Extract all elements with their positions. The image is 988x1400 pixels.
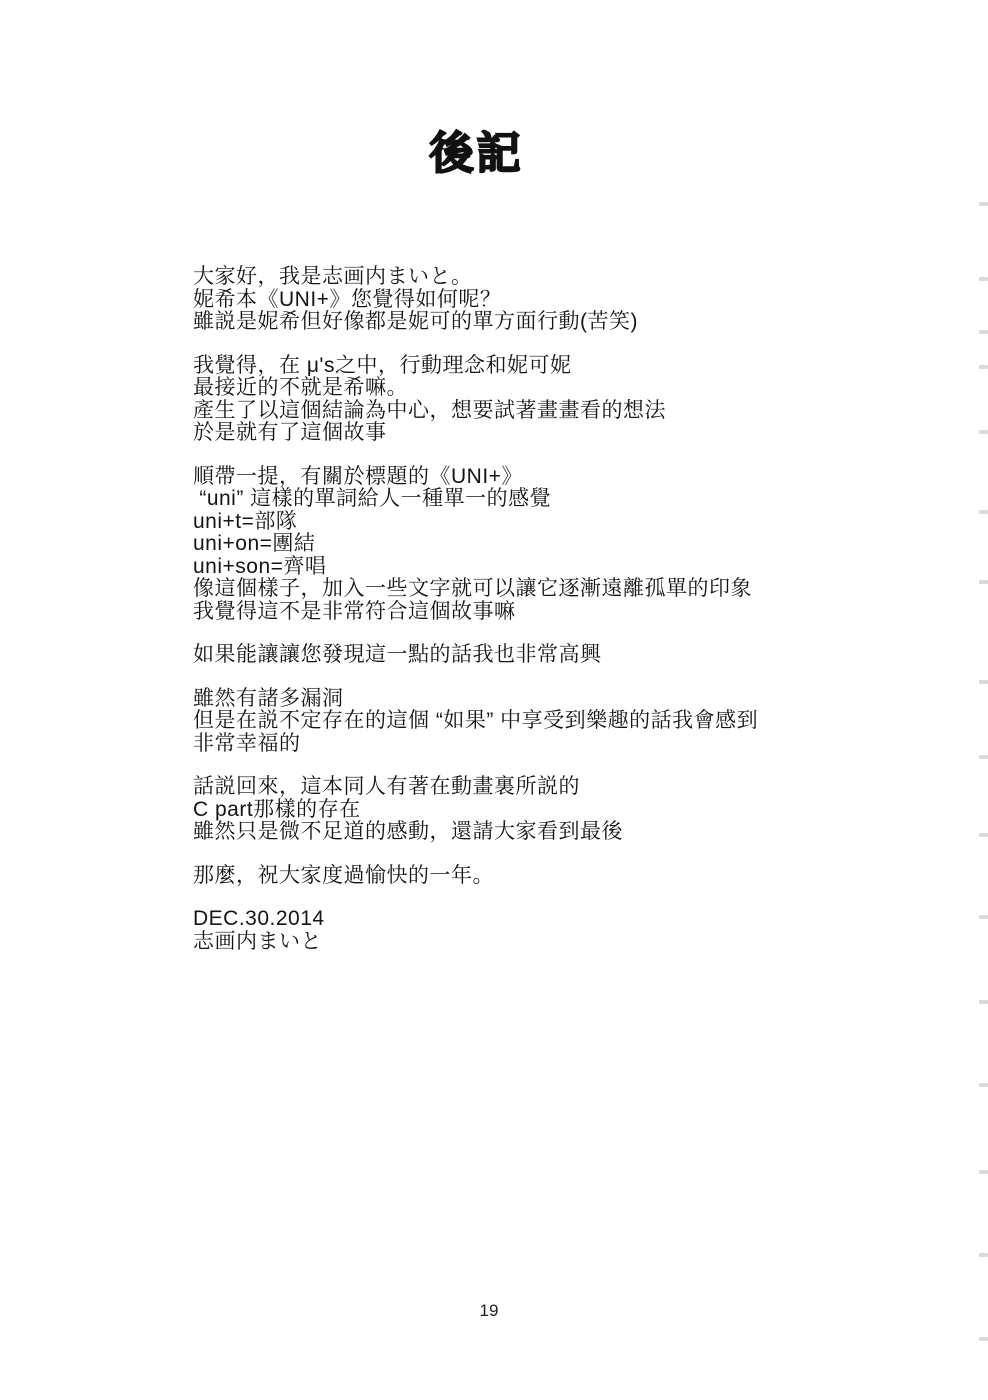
text-line: 妮希本《UNI+》您覺得如何呢？ bbox=[193, 289, 833, 312]
scan-mark bbox=[979, 430, 988, 434]
text-line: 產生了以這個結論為中心，想要試著畫畫看的想法 bbox=[193, 400, 833, 423]
text-line: 那麼，祝大家度過愉快的一年。 bbox=[193, 865, 833, 888]
scan-mark bbox=[979, 915, 988, 919]
scan-mark bbox=[979, 330, 988, 334]
afterword-page: 後記 大家好，我是志画内まいと。妮希本《UNI+》您覺得如何呢？雖説是妮希但好像… bbox=[0, 0, 988, 1400]
text-line: 非常幸福的 bbox=[193, 733, 833, 756]
scan-mark bbox=[979, 680, 988, 684]
text-line: 我覺得，在 μ's之中，行動理念和妮可妮 bbox=[193, 355, 833, 378]
paragraph: 我覺得，在 μ's之中，行動理念和妮可妮最接近的不就是希嘛。產生了以這個結論為中… bbox=[193, 355, 833, 445]
scan-mark bbox=[979, 1170, 988, 1174]
paragraph: DEC.30.2014志画内まいと bbox=[193, 908, 833, 953]
text-line: uni+on=團結 bbox=[193, 533, 833, 556]
text-line: 像這個樣子，加入一些文字就可以讓它逐漸遠離孤單的印象 bbox=[193, 578, 833, 601]
text-line: 話説回來，這本同人有著在動畫裏所説的 bbox=[193, 776, 833, 799]
scan-mark bbox=[979, 755, 988, 759]
afterword-text: 大家好，我是志画内まいと。妮希本《UNI+》您覺得如何呢？雖説是妮希但好像都是妮… bbox=[193, 266, 833, 974]
text-line: 志画内まいと bbox=[193, 931, 833, 954]
text-line: 我覺得這不是非常符合這個故事嘛 bbox=[193, 601, 833, 624]
text-line: uni+t=部隊 bbox=[193, 511, 833, 534]
scan-mark bbox=[979, 580, 988, 584]
paragraph: 順帶一提，有關於標題的《UNI+》 “uni” 這樣的單詞給人一種單一的感覺un… bbox=[193, 466, 833, 624]
text-line: 最接近的不就是希嘛。 bbox=[193, 377, 833, 400]
text-line: 大家好，我是志画内まいと。 bbox=[193, 266, 833, 289]
text-line: 順帶一提，有關於標題的《UNI+》 bbox=[193, 466, 833, 489]
paragraph: 如果能讓讓您發現這一點的話我也非常高興 bbox=[193, 644, 833, 667]
scan-mark bbox=[979, 1253, 988, 1257]
text-line: DEC.30.2014 bbox=[193, 908, 833, 931]
scan-mark bbox=[979, 202, 988, 206]
scan-mark bbox=[979, 1083, 988, 1087]
paragraph: 話説回來，這本同人有著在動畫裏所説的C part那樣的存在雖然只是微不足道的感動… bbox=[193, 776, 833, 844]
scan-mark bbox=[979, 1000, 988, 1004]
scan-mark bbox=[979, 277, 988, 281]
text-line: uni+son=齊唱 bbox=[193, 556, 833, 579]
text-line: “uni” 這樣的單詞給人一種單一的感覺 bbox=[193, 488, 833, 511]
page-title: 後記 bbox=[193, 130, 760, 178]
text-line: C part那樣的存在 bbox=[193, 799, 833, 822]
text-line: 如果能讓讓您發現這一點的話我也非常高興 bbox=[193, 644, 833, 667]
paragraph: 那麼，祝大家度過愉快的一年。 bbox=[193, 865, 833, 888]
scan-mark bbox=[979, 365, 988, 369]
text-line: 雖然只是微不足道的感動，還請大家看到最後 bbox=[193, 821, 833, 844]
text-line: 但是在説不定存在的這個 “如果” 中享受到樂趣的話我會感到 bbox=[193, 710, 833, 733]
scan-mark bbox=[979, 833, 988, 837]
paragraph: 大家好，我是志画内まいと。妮希本《UNI+》您覺得如何呢？雖説是妮希但好像都是妮… bbox=[193, 266, 833, 334]
text-line: 雖説是妮希但好像都是妮可的單方面行動(苦笑) bbox=[193, 311, 833, 334]
page-number: 19 bbox=[0, 1301, 978, 1321]
text-line: 雖然有諸多漏洞 bbox=[193, 688, 833, 711]
text-line: 於是就有了這個故事 bbox=[193, 422, 833, 445]
scan-mark bbox=[979, 1337, 988, 1341]
scan-mark bbox=[979, 510, 988, 514]
paragraph: 雖然有諸多漏洞但是在説不定存在的這個 “如果” 中享受到樂趣的話我會感到非常幸福… bbox=[193, 688, 833, 756]
